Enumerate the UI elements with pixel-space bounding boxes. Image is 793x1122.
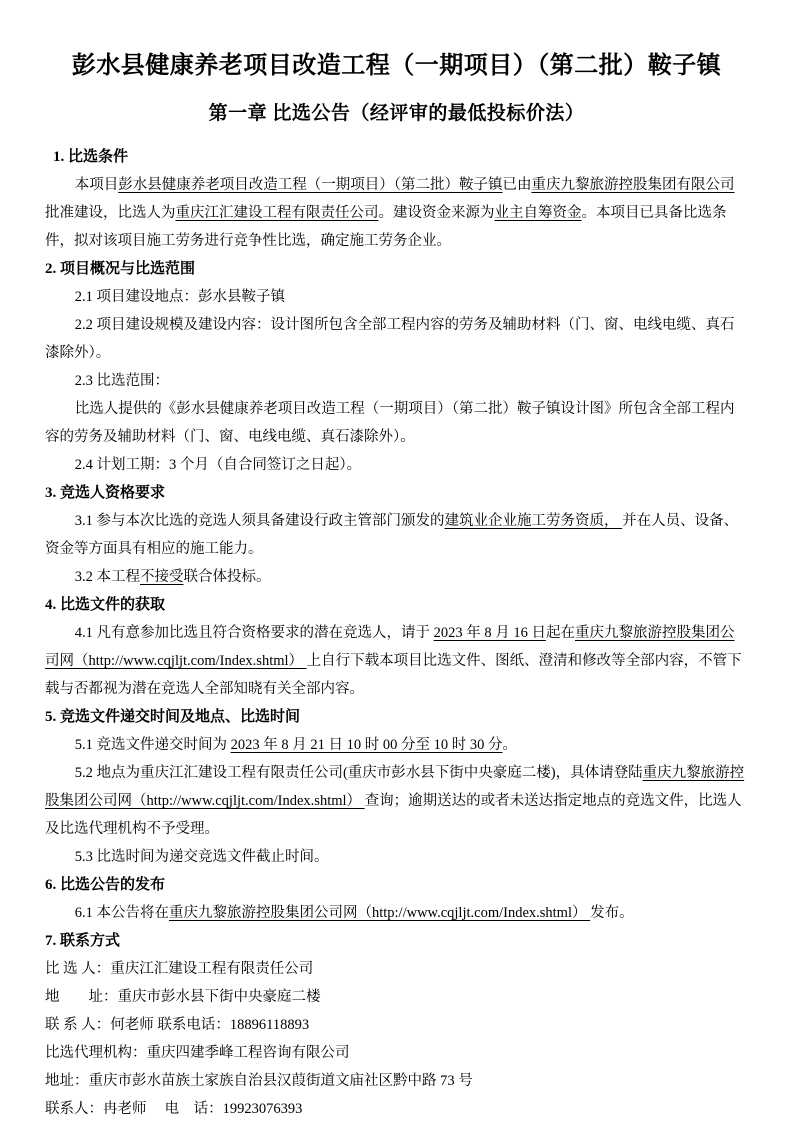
paragraph: 5.1 竞选文件递交时间为 2023 年 8 月 21 日 10 时 00 分至… bbox=[45, 731, 748, 759]
paragraph: 2.4 计划工期：3 个月（自合同签订之日起）。 bbox=[45, 451, 748, 479]
paragraph: 地址：重庆市彭水苗族土家族自治县汉葭街道文庙社区黔中路 73 号 bbox=[45, 1067, 748, 1095]
underlined-text: 不接受 bbox=[140, 569, 184, 585]
underlined-text: 重庆九黎旅游控股集团公司网（http://www.cqjljt.com/Inde… bbox=[169, 905, 590, 921]
document-page: 彭水县健康养老项目改造工程（一期项目）（第二批）鞍子镇 第一章 比选公告（经评审… bbox=[0, 0, 793, 1122]
section-heading: 6. 比选公告的发布 bbox=[45, 871, 748, 899]
paragraph: 本项目彭水县健康养老项目改造工程（一期项目）（第二批）鞍子镇已由重庆九黎旅游控股… bbox=[45, 171, 748, 255]
section-heading: 4. 比选文件的获取 bbox=[45, 591, 748, 619]
paragraph: 5.2 地点为重庆江汇建设工程有限责任公司(重庆市彭水县下街中央豪庭二楼)，具体… bbox=[45, 759, 748, 843]
section-4: 4. 比选文件的获取4.1 凡有意参加比选且符合资格要求的潜在竞选人，请于 20… bbox=[45, 591, 748, 703]
section-3: 3. 竞选人资格要求3.1 参与本次比选的竞选人须具备建设行政主管部门颁发的建筑… bbox=[45, 479, 748, 591]
section-heading: 1. 比选条件 bbox=[45, 143, 748, 171]
document-body: 1. 比选条件本项目彭水县健康养老项目改造工程（一期项目）（第二批）鞍子镇已由重… bbox=[45, 143, 748, 1122]
section-7: 7. 联系方式比 选 人：重庆江汇建设工程有限责任公司地 址：重庆市彭水县下街中… bbox=[45, 927, 748, 1122]
paragraph: 4.1 凡有意参加比选且符合资格要求的潜在竞选人，请于 2023 年 8 月 1… bbox=[45, 619, 748, 703]
document-title: 彭水县健康养老项目改造工程（一期项目）（第二批）鞍子镇 bbox=[45, 50, 748, 82]
paragraph: 地 址：重庆市彭水县下街中央豪庭二楼 bbox=[45, 983, 748, 1011]
paragraph: 3.2 本工程不接受联合体投标。 bbox=[45, 563, 748, 591]
underlined-text: 彭水县健康养老项目改造工程（一期项目）（第二批）鞍子镇 bbox=[118, 177, 502, 193]
paragraph: 5.3 比选时间为递交竞选文件截止时间。 bbox=[45, 843, 748, 871]
underlined-text: 重庆江汇建设工程有限责任公司 bbox=[176, 205, 379, 221]
paragraph: 2.3 比选范围： bbox=[45, 367, 748, 395]
section-heading: 3. 竞选人资格要求 bbox=[45, 479, 748, 507]
underlined-text: 重庆九黎旅游控股集团公司网（http://www.cqjljt.com/Inde… bbox=[45, 765, 744, 809]
paragraph: 6.1 本公告将在重庆九黎旅游控股集团公司网（http://www.cqjljt… bbox=[45, 899, 748, 927]
underlined-text: 业主自筹资金 bbox=[495, 205, 582, 221]
paragraph: 2.1 项目建设地点：彭水县鞍子镇 bbox=[45, 283, 748, 311]
underlined-text: 2023 年 8 月 16 日 bbox=[434, 625, 546, 641]
section-heading: 5. 竞选文件递交时间及地点、比选时间 bbox=[45, 703, 748, 731]
paragraph: 联系人：冉老师 电 话：19923076393 bbox=[45, 1095, 748, 1122]
section-5: 5. 竞选文件递交时间及地点、比选时间5.1 竞选文件递交时间为 2023 年 … bbox=[45, 703, 748, 871]
section-heading: 7. 联系方式 bbox=[45, 927, 748, 955]
underlined-text: 建筑业企业施工劳务资质， bbox=[444, 513, 622, 529]
paragraph: 比 选 人：重庆江汇建设工程有限责任公司 bbox=[45, 955, 748, 983]
section-heading: 2. 项目概况与比选范围 bbox=[45, 255, 748, 283]
section-1: 1. 比选条件本项目彭水县健康养老项目改造工程（一期项目）（第二批）鞍子镇已由重… bbox=[45, 143, 748, 255]
underlined-text: 重庆九黎旅游控股集团有限公司 bbox=[531, 177, 734, 193]
section-2: 2. 项目概况与比选范围2.1 项目建设地点：彭水县鞍子镇2.2 项目建设规模及… bbox=[45, 255, 748, 479]
section-6: 6. 比选公告的发布6.1 本公告将在重庆九黎旅游控股集团公司网（http://… bbox=[45, 871, 748, 927]
document-subtitle: 第一章 比选公告（经评审的最低投标价法） bbox=[45, 102, 748, 127]
underlined-text: 重庆九黎旅游控股集团公司网（http://www.cqjljt.com/Inde… bbox=[45, 625, 734, 669]
paragraph: 3.1 参与本次比选的竞选人须具备建设行政主管部门颁发的建筑业企业施工劳务资质，… bbox=[45, 507, 748, 563]
paragraph: 2.2 项目建设规模及建设内容：设计图所包含全部工程内容的劳务及辅助材料（门、窗… bbox=[45, 311, 748, 367]
paragraph: 联 系 人：何老师 联系电话：18896118893 bbox=[45, 1011, 748, 1039]
underlined-text: 2023 年 8 月 21 日 10 时 00 分至 10 时 30 分 bbox=[231, 737, 503, 753]
paragraph: 比选代理机构：重庆四建季峰工程咨询有限公司 bbox=[45, 1039, 748, 1067]
paragraph: 比选人提供的《彭水县健康养老项目改造工程（一期项目）（第二批）鞍子镇设计图》所包… bbox=[45, 395, 748, 451]
